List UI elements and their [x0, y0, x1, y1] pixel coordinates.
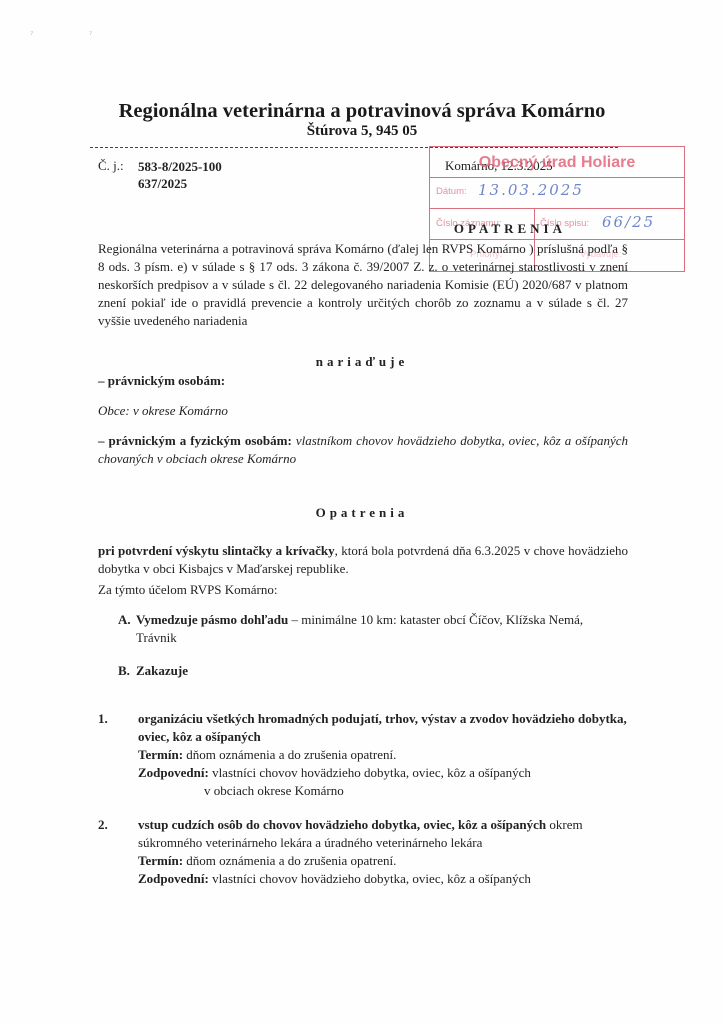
item-number: 2.	[98, 816, 108, 834]
measures-heading: Opatrenia	[0, 505, 724, 521]
term-label: Termín:	[138, 853, 183, 868]
section-a: A.Vymedzuje pásmo dohľadu – minimálne 10…	[118, 611, 628, 647]
responsible-text: vlastníci chovov hovädzieho dobytka, ovi…	[209, 871, 531, 886]
prohibition-item: 2. vstup cudzích osôb do chovov hovädzie…	[98, 816, 628, 888]
section-b: B.Zakazuje	[118, 662, 188, 680]
item-title: organizáciu všetkých hromadných podujatí…	[138, 710, 628, 746]
stamp-divider	[430, 177, 684, 178]
term-text: dňom oznámenia a do zrušenia opatrení.	[183, 747, 396, 762]
subject-municipalities: Obce: v okrese Komárno	[98, 402, 228, 420]
item-title: vstup cudzích osôb do chovov hovädzieho …	[138, 817, 546, 832]
item-number: 1.	[98, 710, 108, 728]
responsible-label: Zodpovední:	[138, 765, 209, 780]
responsible-label: Zodpovední:	[138, 871, 209, 886]
stamp-file-value: 66/25	[602, 213, 655, 231]
item-term: Termín: dňom oznámenia a do zrušenia opa…	[138, 746, 628, 764]
reference-number: 583-8/2025-100	[138, 158, 222, 175]
subject-legal-persons: – právnickým osobám:	[98, 372, 225, 390]
subject-legal-natural-persons: – právnickým a fyzickým osobám: vlastník…	[98, 432, 628, 468]
section-b-title: Zakazuje	[136, 663, 188, 678]
section-b-letter: B.	[118, 662, 136, 680]
stamp-date-label: Dátum:	[436, 186, 467, 197]
reference-label: Č. j.:	[98, 158, 124, 174]
authority-title: Regionálna veterinárna a potravinová spr…	[0, 100, 724, 123]
item-term: Termín: dňom oznámenia a do zrušenia opa…	[138, 852, 628, 870]
stamp-office-name: Obecný úrad Holiare	[430, 154, 684, 172]
item-responsible: Zodpovední: vlastníci chovov hovädzieho …	[138, 870, 628, 888]
document-heading: OPATRENIA	[0, 221, 566, 237]
item-responsible: Zodpovední: vlastníci chovov hovädzieho …	[138, 764, 628, 782]
section-a-letter: A.	[118, 611, 136, 629]
scan-artifacts: ˀ ˀ	[30, 30, 119, 41]
stamp-date-value: 13.03.2025	[478, 181, 584, 199]
stamp-divider	[430, 208, 684, 209]
section-a-title: Vymedzuje pásmo dohľadu	[136, 612, 288, 627]
reason-paragraph: pri potvrdení výskytu slintačky a krívač…	[98, 542, 628, 578]
orders-heading: nariaďuje	[0, 354, 724, 370]
prohibition-item: 1. organizáciu všetkých hromadných poduj…	[98, 710, 628, 800]
responsible-text: vlastníci chovov hovädzieho dobytka, ovi…	[209, 765, 531, 780]
purpose-line: Za týmto účelom RVPS Komárno:	[98, 581, 278, 599]
authority-address: Štúrova 5, 945 05	[0, 123, 724, 140]
reason-bold: pri potvrdení výskytu slintačky a krívač…	[98, 543, 335, 558]
term-label: Termín:	[138, 747, 183, 762]
responsible-text-cont: v obciach okrese Komárno	[138, 782, 628, 800]
reference-numbers: 583-8/2025-100 637/2025	[138, 158, 222, 192]
intro-paragraph: Regionálna veterinárna a potravinová spr…	[98, 240, 628, 330]
subject-label: – právnickým a fyzickým osobám:	[98, 433, 292, 448]
term-text: dňom oznámenia a do zrušenia opatrení.	[183, 853, 396, 868]
reference-number-2: 637/2025	[138, 175, 222, 192]
